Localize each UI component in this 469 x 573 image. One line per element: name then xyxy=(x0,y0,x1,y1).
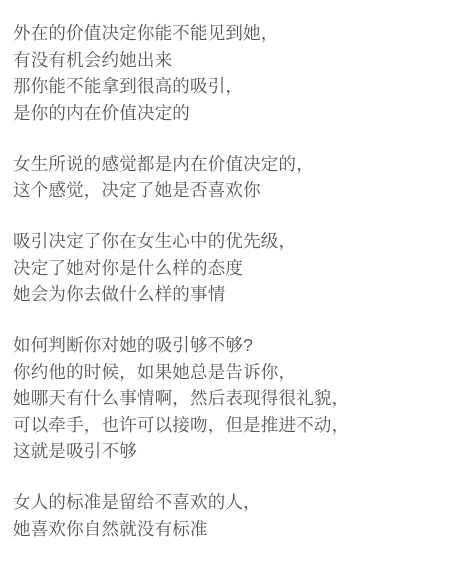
text-line: 她会为你去做什么样的事情 xyxy=(13,281,455,308)
text-line: 是你的内在价值决定的 xyxy=(13,100,455,127)
text-content: 外在的价值决定你能不能见到她，有没有机会约她出来那你能不能拿到很高的吸引，是你的… xyxy=(0,0,469,542)
paragraph-5: 女人的标准是留给不喜欢的人，她喜欢你自然就没有标准 xyxy=(13,489,455,542)
page: 外在的价值决定你能不能见到她，有没有机会约她出来那你能不能拿到很高的吸引，是你的… xyxy=(0,0,469,573)
paragraph-3: 吸引决定了你在女生心中的优先级，决定了她对你是什么样的态度她会为你去做什么样的事… xyxy=(13,228,455,308)
text-line: 吸引决定了你在女生心中的优先级， xyxy=(13,228,455,255)
text-line: 如何判断你对她的吸引够不够? xyxy=(13,332,455,359)
text-line: 那你能不能拿到很高的吸引， xyxy=(13,73,455,100)
text-line: 决定了她对你是什么样的态度 xyxy=(13,255,455,282)
text-line: 可以牵手，也许可以接吻，但是推进不动， xyxy=(13,412,455,439)
text-line: 她喜欢你自然就没有标准 xyxy=(13,516,455,543)
text-line: 有没有机会约她出来 xyxy=(13,47,455,74)
text-line: 这个感觉，决定了她是否喜欢你 xyxy=(13,177,455,204)
paragraph-4: 如何判断你对她的吸引够不够?你约他的时候，如果她总是告诉你，她哪天有什么事情啊，… xyxy=(13,332,455,465)
text-line: 这就是吸引不够 xyxy=(13,438,455,465)
text-line: 她哪天有什么事情啊，然后表现得很礼貌， xyxy=(13,385,455,412)
text-line: 女生所说的感觉都是内在价值决定的， xyxy=(13,151,455,178)
paragraph-1: 外在的价值决定你能不能见到她，有没有机会约她出来那你能不能拿到很高的吸引，是你的… xyxy=(13,20,455,126)
text-line: 外在的价值决定你能不能见到她， xyxy=(13,20,455,47)
text-line: 你约他的时候，如果她总是告诉你， xyxy=(13,359,455,386)
paragraph-2: 女生所说的感觉都是内在价值决定的，这个感觉，决定了她是否喜欢你 xyxy=(13,151,455,204)
text-line: 女人的标准是留给不喜欢的人， xyxy=(13,489,455,516)
